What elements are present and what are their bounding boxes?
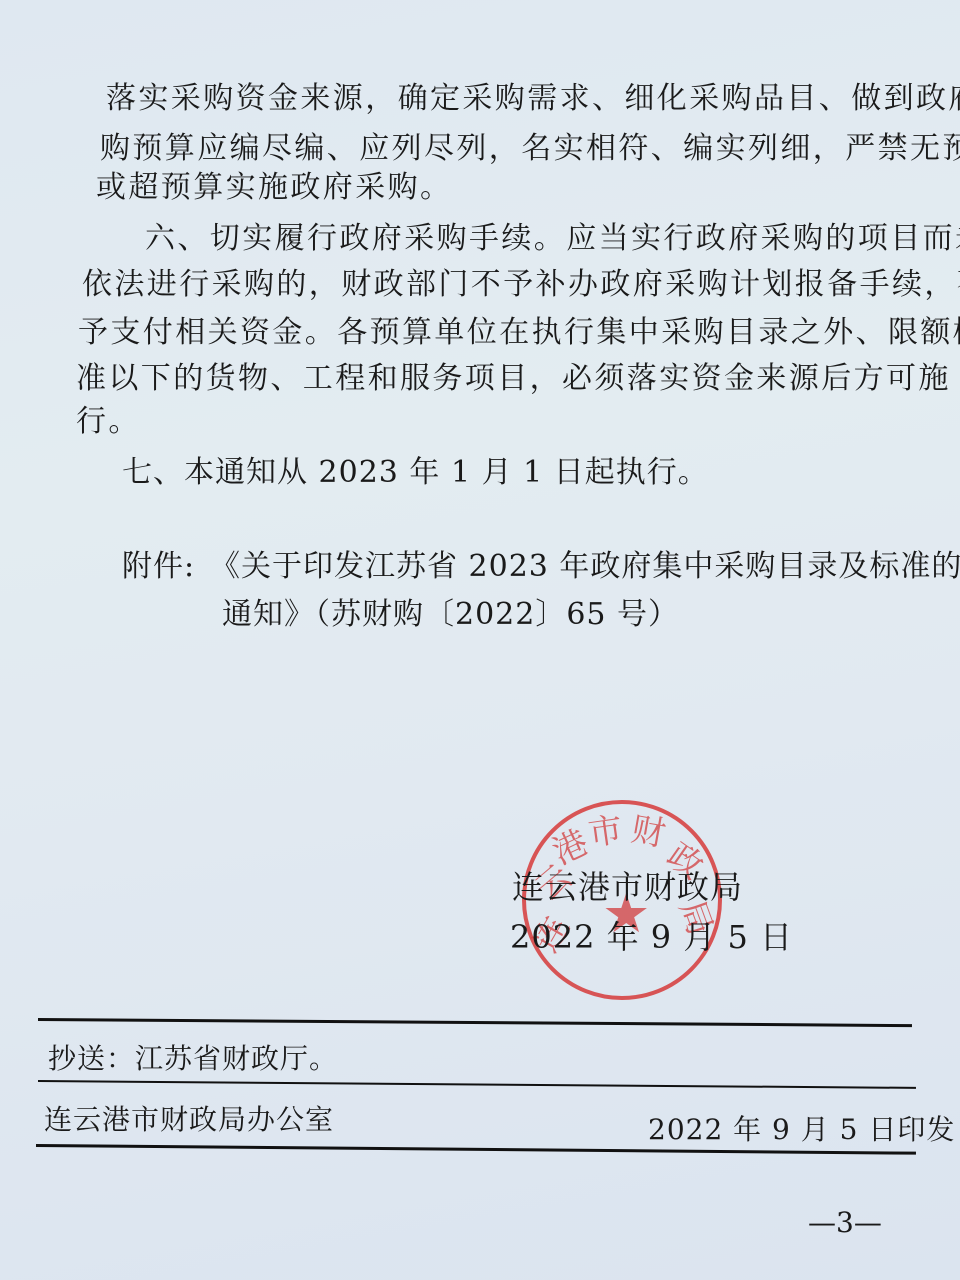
footer-rule-middle	[38, 1080, 916, 1089]
footer-rule-top	[38, 1018, 912, 1027]
page-number: —3—	[808, 1206, 882, 1239]
issue-date: 2022 年 9 月 5 日	[510, 912, 793, 958]
body-line: 依法进行采购的，财政部门不予补办政府采购计划报备手续，不	[82, 270, 960, 300]
body-line: 落实采购资金来源，确定采购需求、细化采购品目、做到政府采	[106, 84, 960, 114]
issuing-office: 连云港市财政局办公室	[44, 1098, 334, 1138]
body-line: 予支付相关资金。各预算单位在执行集中采购目录之外、限额标	[78, 318, 960, 348]
body-line: 六、切实履行政府采购手续。应当实行政府采购的项目而未	[145, 224, 960, 254]
body-line: 行。	[76, 407, 141, 437]
seal-char: 财	[628, 801, 670, 855]
cc-recipients: 抄送：江苏省财政厅。	[48, 1037, 338, 1077]
print-date: 2022 年 9 月 5 日印发	[648, 1108, 955, 1148]
seal-char: 市	[585, 802, 625, 855]
issuer-name: 连云港市财政局	[512, 862, 743, 908]
body-line: 准以下的货物、工程和服务项目，必须落实资金来源后方可施	[76, 364, 951, 394]
body-line: 购预算应编尽编、应列尽列，名实相符、编实列细，严禁无预算	[100, 134, 960, 164]
attachment-title-cont: 通知》（苏财购〔2022〕65 号）	[222, 600, 679, 630]
attachment-label: 附件:	[122, 552, 195, 582]
body-line: 七、本通知从 2023 年 1 月 1 日起执行。	[122, 458, 709, 488]
attachment-title: 《关于印发江苏省 2023 年政府集中采购目录及标准的	[210, 552, 960, 582]
body-line: 或超预算实施政府采购。	[96, 173, 452, 203]
